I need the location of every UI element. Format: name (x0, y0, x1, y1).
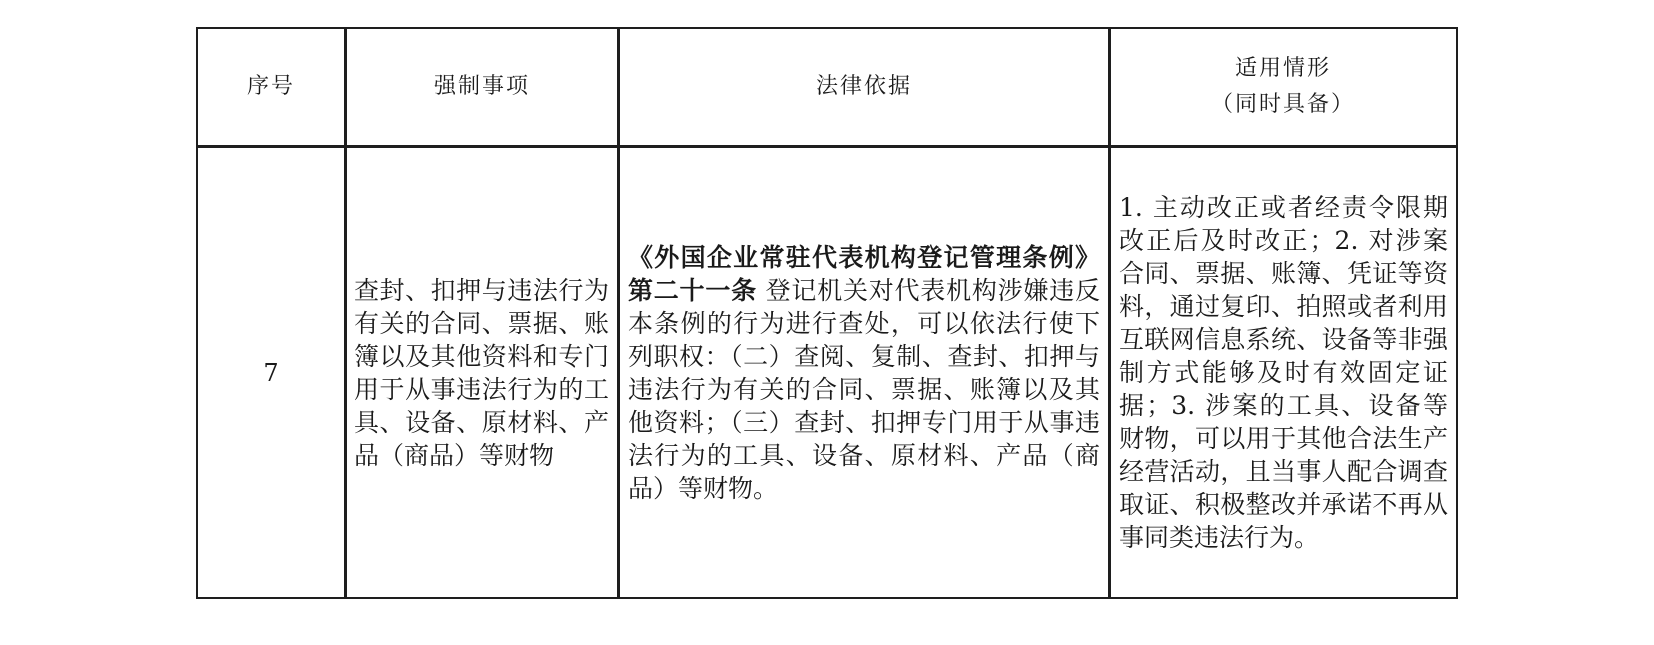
header-serial-label: 序号 (247, 69, 295, 105)
header-legal-basis: 法律依据 (620, 29, 1108, 145)
table-row-number-cell: 7 (198, 148, 344, 597)
header-legal-basis-label: 法律依据 (816, 69, 912, 105)
measure-text: 查封、扣押与违法行为有关的合同、票据、账簿以及其他资料和专门用于从事违法行为的工… (354, 274, 609, 472)
law-article-body: 登记机关对代表机构涉嫌违反本条例的行为进行查处，可以依法行使下列职权：（二）查阅… (628, 276, 1100, 503)
enforcement-table: 序号 强制事项 法律依据 适用情形 （同时具备） 7 查封、扣押与违法行为有关的… (196, 27, 1458, 599)
row-number: 7 (198, 359, 344, 387)
header-applicable-conditions: 适用情形 （同时具备） (1111, 29, 1455, 145)
header-serial-number: 序号 (198, 29, 344, 145)
table-row-measure-cell: 查封、扣押与违法行为有关的合同、票据、账簿以及其他资料和专门用于从事违法行为的工… (347, 148, 617, 597)
header-conditions-sublabel: （同时具备） (1211, 87, 1355, 123)
table-row-legal-basis-cell: 《外国企业常驻代表机构登记管理条例》第二十一条 登记机关对代表机构涉嫌违反本条例… (620, 148, 1108, 597)
header-conditions-label: 适用情形 (1235, 51, 1331, 87)
table-row-conditions-cell: 1. 主动改正或者经责令限期改正后及时改正；2. 对涉案合同、票据、账簿、凭证等… (1111, 148, 1455, 597)
header-measure-label: 强制事项 (434, 69, 530, 105)
header-enforcement-measure: 强制事项 (347, 29, 617, 145)
conditions-text: 1. 主动改正或者经责令限期改正后及时改正；2. 对涉案合同、票据、账簿、凭证等… (1119, 191, 1448, 554)
legal-basis-text: 《外国企业常驻代表机构登记管理条例》第二十一条 登记机关对代表机构涉嫌违反本条例… (628, 241, 1100, 505)
